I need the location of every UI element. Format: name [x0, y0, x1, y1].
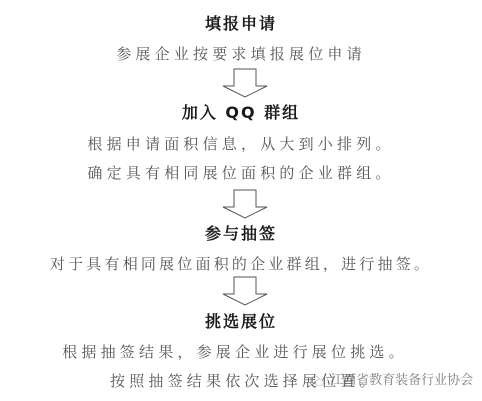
watermark-text: 江西省教育装备行业协会	[330, 373, 473, 388]
watermark: 江西省教育装备行业协会	[310, 372, 473, 390]
step-1-description: 参展企业按要求填报展位申请	[0, 44, 482, 64]
step-3-title: 参与抽签	[0, 224, 482, 244]
step-2-description-line-2: 确定具有相同展位面积的企业群组。	[0, 163, 482, 183]
step-2-description-line-1: 根据申请面积信息，从大到小排列。	[0, 134, 482, 154]
step-4-description-line-1: 根据抽签结果，参展企业进行展位挑选。	[0, 342, 476, 362]
wechat-icon	[310, 375, 324, 387]
step-2-title: 加入 QQ 群组	[0, 103, 482, 123]
step-3-description: 对于具有相同展位面积的企业群组，进行抽签。	[0, 254, 482, 274]
down-arrow-icon	[222, 276, 268, 306]
step-1-title: 填报申请	[0, 14, 482, 34]
step-4-title: 挑选展位	[0, 312, 482, 332]
down-arrow-icon	[222, 68, 268, 98]
down-arrow-icon	[222, 189, 268, 219]
